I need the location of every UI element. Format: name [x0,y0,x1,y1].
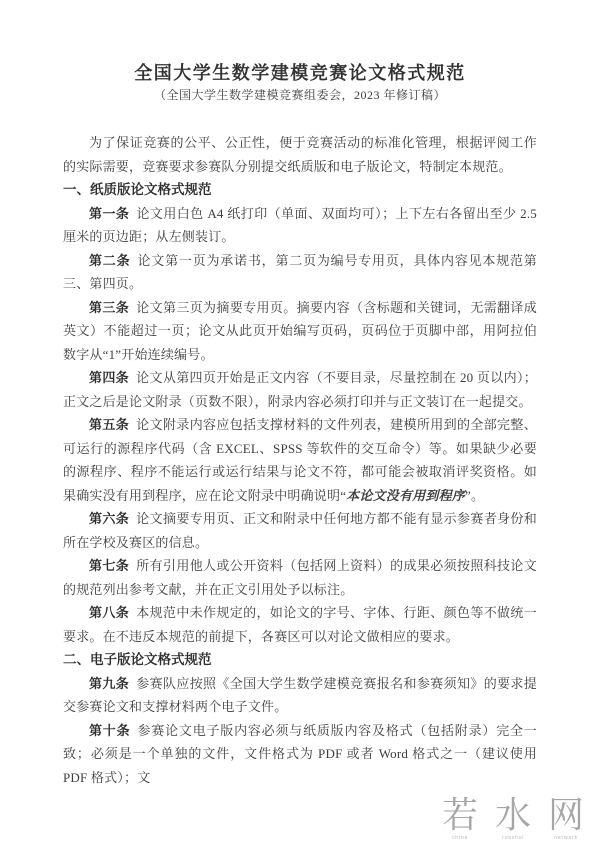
article-label: 第五条 [89,417,129,432]
article-paragraph-2: 第二条论文第一页为承诺书，第二页为编号专用页，具体内容见本规范第三、第四页。 [63,249,537,296]
article-label: 第二条 [89,253,130,268]
article-quote: 本论文没有用到程序 [346,488,465,503]
article-paragraph-7: 第七条所有引用他人或公开资料（包括网上资料）的成果必须按照科技论文的规范列出参考… [63,554,537,601]
article-text: 论文从第四页开始是正文内容（不要目录，尽量控制在 20 页以内）；正文之后是论文… [63,370,537,409]
section-heading-electronic: 二、电子版论文格式规范 [63,648,537,672]
watermark-char: 网 [548,797,584,835]
watermark-char-block: 水 ruoshui [495,797,531,842]
article-text: 论文第一页为承诺书，第二页为编号专用页，具体内容见本规范第三、第四页。 [63,253,537,292]
document-page: 全国大学生数学建模竞赛论文格式规范 （全国大学生数学建模竞赛组委会，2023 年… [63,60,537,789]
article-text: 论文用白色 A4 纸打印（单面、双面均可）；上下左右各留出至少 2.5 厘米的页… [63,206,537,245]
watermark-char-block: 若 china [442,797,478,842]
article-paragraph-5: 第五条论文附录内容应包括支撑材料的文件列表，建模所用到的全部完整、可运行的源程序… [63,413,537,507]
article-paragraph-10: 第十条参赛论文电子版内容必须与纸质版内容及格式（包括附录）完全一致；必须是一个单… [63,719,537,790]
watermark-char: 水 [495,797,531,835]
article-paragraph-3: 第三条论文第三页为摘要专用页。摘要内容（含标题和关键词，无需翻译成英文）不能超过… [63,296,537,367]
article-text: 本规范中未作规定的，如论文的字号、字体、行距、颜色等不做统一要求。在不违反本规范… [63,605,537,644]
article-label: 第八条 [89,605,129,620]
article-text: 参赛论文电子版内容必须与纸质版内容及格式（包括附录）完全一致；必须是一个单独的文… [63,723,537,785]
article-label: 第四条 [89,370,129,385]
article-paragraph-1: 第一条论文用白色 A4 纸打印（单面、双面均可）；上下左右各留出至少 2.5 厘… [63,202,537,249]
watermark-char-block: 网 network [548,797,584,842]
article-text: 论文第三页为摘要专用页。摘要内容（含标题和关键词，无需翻译成英文）不能超过一页；… [63,300,537,362]
article-paragraph-9: 第九条参赛队应按照《全国大学生数学建模竞赛报名和参赛须知》的要求提交参赛论文和支… [63,672,537,719]
watermark-subtext: china [452,835,468,842]
article-label: 第九条 [89,676,129,691]
watermark-subtext: ruoshui [502,835,524,842]
article-label: 第六条 [89,511,129,526]
intro-paragraph: 为了保证竞赛的公平、公正性，便于竞赛活动的标准化管理，根据评阅工作的实际需要，竞… [63,131,537,178]
watermark-subtext: network [554,835,578,842]
article-paragraph-8: 第八条本规范中未作规定的，如论文的字号、字体、行距、颜色等不做统一要求。在不违反… [63,601,537,648]
article-text: 论文摘要专用页、正文和附录中任何地方都不能有显示参赛者身份和所在学校及赛区的信息… [63,511,537,550]
watermark-logo: 若 china 水 ruoshui 网 network [442,797,584,842]
watermark-char: 若 [442,797,478,835]
article-label: 第十条 [89,723,130,738]
article-label: 第一条 [89,206,129,221]
page-title: 全国大学生数学建模竞赛论文格式规范 [63,60,537,86]
article-label: 第三条 [89,300,129,315]
article-label: 第七条 [89,558,129,573]
page-subtitle: （全国大学生数学建模竞赛组委会，2023 年修订稿） [63,86,537,104]
article-text: 参赛队应按照《全国大学生数学建模竞赛报名和参赛须知》的要求提交参赛论文和支撑材料… [63,676,537,715]
article-text: ”。 [465,488,484,503]
section-heading-paper: 一、纸质版论文格式规范 [63,178,537,202]
article-paragraph-4: 第四条论文从第四页开始是正文内容（不要目录，尽量控制在 20 页以内）；正文之后… [63,366,537,413]
article-paragraph-6: 第六条论文摘要专用页、正文和附录中任何地方都不能有显示参赛者身份和所在学校及赛区… [63,507,537,554]
article-text: 所有引用他人或公开资料（包括网上资料）的成果必须按照科技论文的规范列出参考文献，… [63,558,537,597]
document-body: 为了保证竞赛的公平、公正性，便于竞赛活动的标准化管理，根据评阅工作的实际需要，竞… [63,131,537,789]
